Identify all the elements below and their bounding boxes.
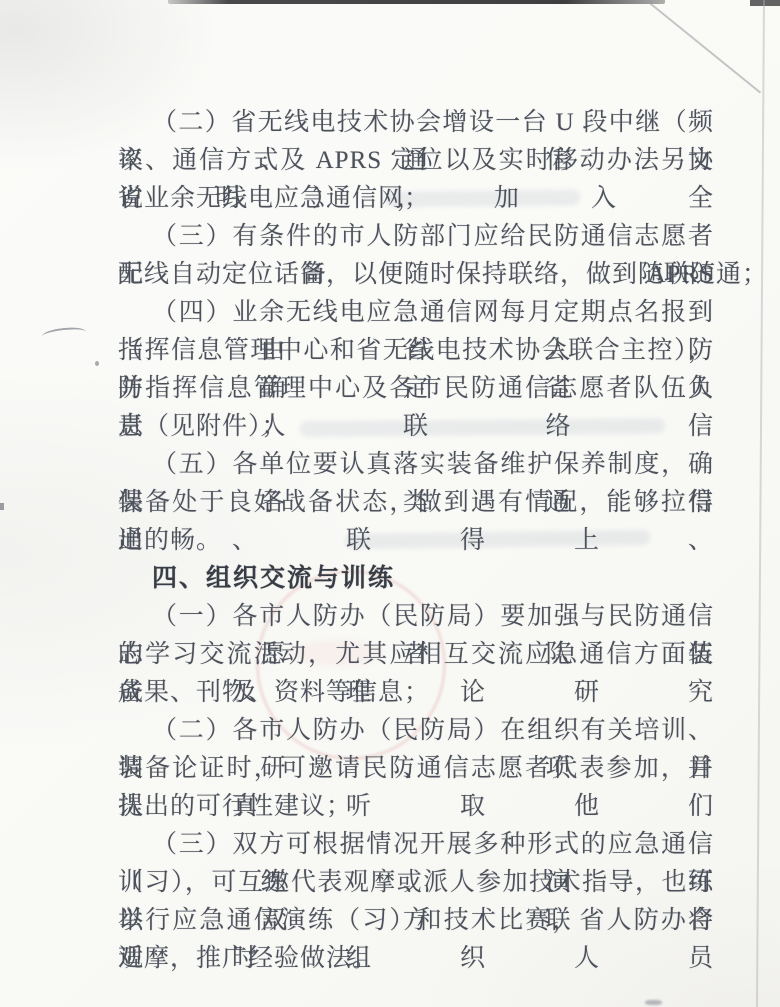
document-line: （二）各市人防办（民防局）在组织有关培训、调研、项目 [118,712,714,750]
document-line: （三）有条件的市人防部门应给民防通信志愿者配备 APRS [118,218,714,256]
document-line: （习），可互邀代表观摩或派人参加技术指导，也可以双方联合 [118,864,714,902]
document-line: 举行应急通信演练（习）和技术比赛，省人防办将适时组织人员 [118,902,714,940]
document-line: （二）省无线电技术协会增设一台 U 段中继（频率、通信协 [118,104,714,142]
document-line: 装备论证时，可邀请民防通信志愿者代表参加，并认真听取他们 [118,750,714,788]
document-line: （三）双方可根据情况开展多种形式的应急通信训练、演练 [118,826,714,864]
document-line: 议、通信方式及 APRS 定位以及实时移动办法另文说明），加入全 [118,142,714,180]
document-line: 防指挥信息管理中心及各市民防通信志愿者队伍负责人联络信 [118,370,714,408]
section-heading: 四、组织交流与训练 [118,560,714,598]
document-line: （四）业余无线电应急通信网每月定期点名报到（由省人防 [118,294,714,332]
left-edge-mark [0,503,4,510]
page-edge-line [756,0,765,1007]
stray-pen-mark [41,326,86,343]
document-line: （五）各单位要认真落实装备维护保养制度，确保各类通信 [118,446,714,484]
document-line: 的学习交流活动，尤其应相互交流应急通信方面装备及理论研究 [118,636,714,674]
scan-edge-strip [168,0,665,4]
scanned-document-page: （二）省无线电技术协会增设一台 U 段中继（频率、通信协 议、通信方式及 APR… [0,0,780,1007]
scan-edge-corner [750,0,780,6]
stray-dot-mark [95,361,99,366]
document-line: （一）各市人防办（民防局）要加强与民防通信志愿者队伍 [118,598,714,636]
page-corner-crease [649,2,761,94]
document-line: 指挥信息管理中心和省无线电技术协会联合主控），并确定省人 [118,332,714,370]
document-line: 无线自动定位话筒，以便随时保持联络，做到随联随通； [118,256,714,294]
document-line: 装备处于良好战备状态，做到遇有情况，能够拉得出、联得上、 [118,484,714,522]
document-body: （二）省无线电技术协会增设一台 U 段中继（频率、通信协 议、通信方式及 APR… [118,104,714,978]
page-number-smudge [645,1000,662,1005]
